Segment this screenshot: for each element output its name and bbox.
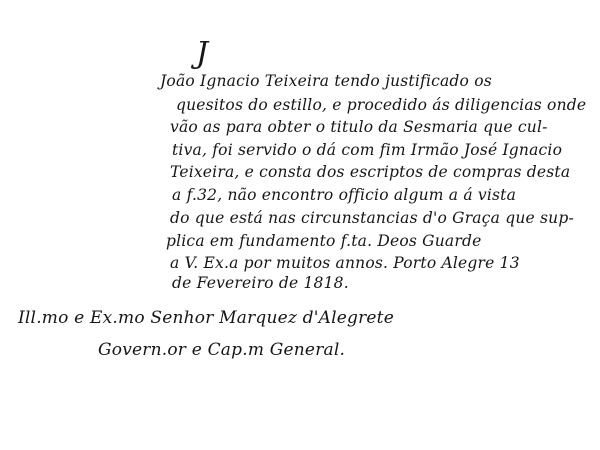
manuscript-page: J João Ignacio Teixeira tendo justificad… — [0, 0, 600, 450]
body-line-9: a V. Ex.a por muitos annos. Porto Alegre… — [170, 254, 520, 272]
body-line-3: vão as para obter o titulo da Sesmaria q… — [170, 118, 548, 136]
body-line-2: quesitos do estillo, e procedido ás dili… — [176, 96, 586, 114]
body-line-10-date: de Fevereiro de 1818. — [172, 274, 349, 292]
addressee-line-1: Ill.mo e Ex.mo Senhor Marquez d'Alegrete — [18, 308, 394, 328]
body-line-8: plica em fundamento f.ta. Deos Guarde — [166, 232, 481, 250]
body-line-1: João Ignacio Teixeira tendo justificado … — [160, 72, 492, 90]
body-line-4: tiva, foi servido o dá com fim Irmão Jos… — [172, 141, 562, 159]
addressee-line-2: Govern.or e Cap.m General. — [98, 340, 345, 360]
body-line-6: a f.32, não encontro officio algum a á v… — [172, 186, 516, 204]
heading-flourish: J — [196, 36, 208, 71]
body-line-7: do que está nas circunstancias d'o Graça… — [170, 209, 574, 227]
body-line-5: Teixeira, e consta dos escriptos de comp… — [170, 163, 570, 181]
